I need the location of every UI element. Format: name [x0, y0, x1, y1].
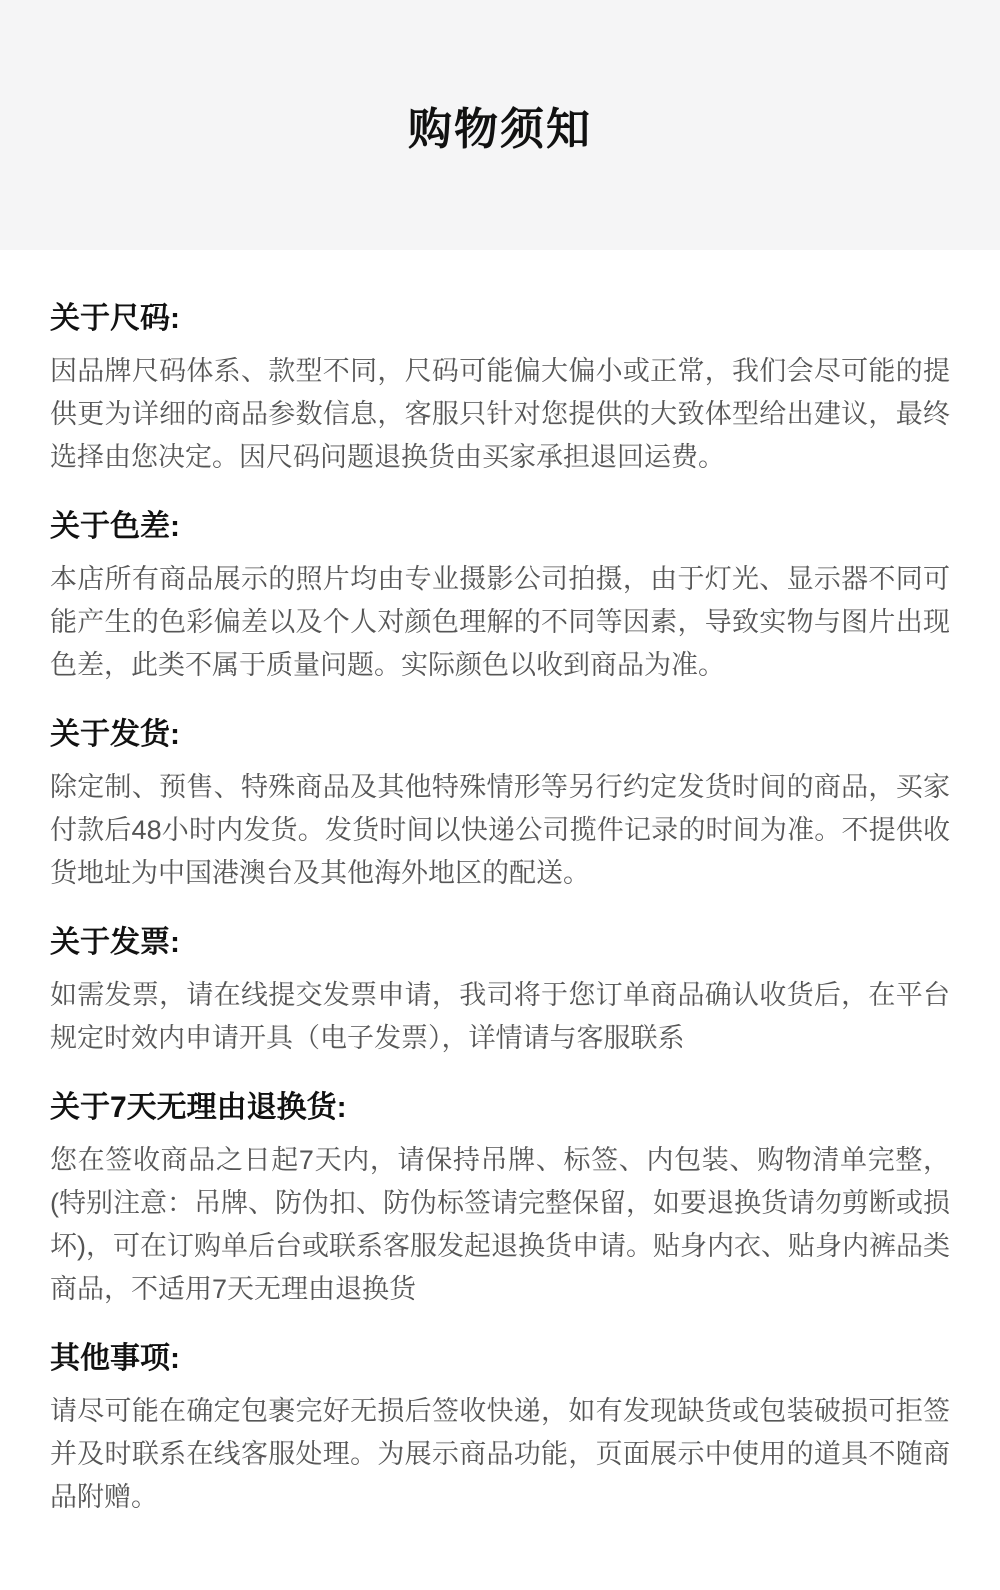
section-shipping-body: 除定制、预售、特殊商品及其他特殊情形等另行约定发货时间的商品，买家付款后48小时…: [50, 766, 950, 895]
section-invoice-body: 如需发票，请在线提交发票申请，我司将于您订单商品确认收货后，在平台规定时效内申请…: [50, 974, 950, 1060]
section-shipping: 关于发货: 除定制、预售、特殊商品及其他特殊情形等另行约定发货时间的商品，买家付…: [50, 719, 950, 895]
section-color-difference: 关于色差: 本店所有商品展示的照片均由专业摄影公司拍摄，由于灯光、显示器不同可能…: [50, 511, 950, 687]
section-sizing-body: 因品牌尺码体系、款型不同，尺码可能偏大偏小或正常，我们会尽可能的提供更为详细的商…: [50, 350, 950, 479]
section-seven-day-returns: 关于7天无理由退换货: 您在签收商品之日起7天内，请保持吊牌、标签、内包装、购物…: [50, 1092, 950, 1311]
section-sizing-heading: 关于尺码:: [50, 303, 950, 335]
shopping-notice-page: 购物须知 关于尺码: 因品牌尺码体系、款型不同，尺码可能偏大偏小或正常，我们会尽…: [0, 0, 1000, 1590]
header-band: 购物须知: [0, 0, 1000, 250]
section-other-matters-heading: 其他事项:: [50, 1343, 950, 1375]
section-sizing: 关于尺码: 因品牌尺码体系、款型不同，尺码可能偏大偏小或正常，我们会尽可能的提供…: [50, 303, 950, 479]
section-color-difference-body: 本店所有商品展示的照片均由专业摄影公司拍摄，由于灯光、显示器不同可能产生的色彩偏…: [50, 558, 950, 687]
section-seven-day-returns-body: 您在签收商品之日起7天内，请保持吊牌、标签、内包装、购物清单完整，(特别注意：吊…: [50, 1139, 950, 1311]
notice-content: 关于尺码: 因品牌尺码体系、款型不同，尺码可能偏大偏小或正常，我们会尽可能的提供…: [0, 250, 1000, 1564]
page-title: 购物须知: [408, 93, 592, 157]
section-seven-day-returns-heading: 关于7天无理由退换货:: [50, 1092, 950, 1124]
section-other-matters: 其他事项: 请尽可能在确定包裹完好无损后签收快递，如有发现缺货或包装破损可拒签并…: [50, 1343, 950, 1519]
section-shipping-heading: 关于发货:: [50, 719, 950, 751]
section-color-difference-heading: 关于色差:: [50, 511, 950, 543]
section-other-matters-body: 请尽可能在确定包裹完好无损后签收快递，如有发现缺货或包装破损可拒签并及时联系在线…: [50, 1390, 950, 1519]
section-invoice-heading: 关于发票:: [50, 927, 950, 959]
section-invoice: 关于发票: 如需发票，请在线提交发票申请，我司将于您订单商品确认收货后，在平台规…: [50, 927, 950, 1060]
